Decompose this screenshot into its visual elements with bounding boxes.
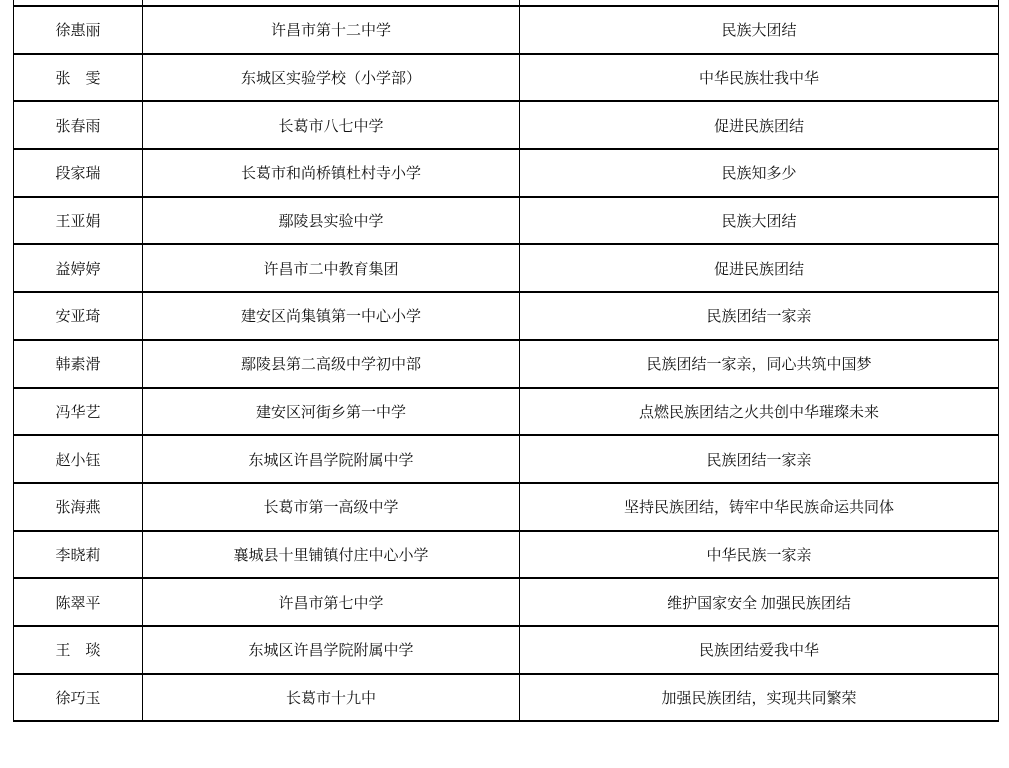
work-cell: 促进民族团结 <box>520 101 999 149</box>
table-row: 益婷婷 许昌市二中教育集团 促进民族团结 <box>14 244 999 292</box>
school-cell: 东城区实验学校（小学部） <box>143 54 520 102</box>
table-row: 徐惠丽 许昌市第十二中学 民族大团结 <box>14 6 999 54</box>
name-cell: 冯华艺 <box>14 388 143 436</box>
table-row: 王亚娟 鄢陵县实验中学 民族大团结 <box>14 197 999 245</box>
name-cell: 益婷婷 <box>14 244 143 292</box>
table-row: 赵小钰 东城区许昌学院附属中学 民族团结一家亲 <box>14 435 999 483</box>
school-cell: 东城区许昌学院附属中学 <box>143 435 520 483</box>
school-cell: 鄢陵县实验中学 <box>143 197 520 245</box>
table-row: 韩素滑 鄢陵县第二高级中学初中部 民族团结一家亲，同心共筑中国梦 <box>14 340 999 388</box>
school-cell: 鄢陵县第二高级中学初中部 <box>143 340 520 388</box>
work-cell: 中华民族壮我中华 <box>520 54 999 102</box>
name-cell: 王 琰 <box>14 626 143 674</box>
school-cell: 长葛市和尚桥镇杜村寺小学 <box>143 149 520 197</box>
table-row: 张春雨 长葛市八七中学 促进民族团结 <box>14 101 999 149</box>
table-row: 陈翠平 许昌市第七中学 维护国家安全 加强民族团结 <box>14 578 999 626</box>
name-cell: 徐惠丽 <box>14 6 143 54</box>
work-cell: 坚持民族团结，铸牢中华民族命运共同体 <box>520 483 999 531</box>
document-page: 徐惠丽 许昌市第十二中学 民族大团结 张 雯 东城区实验学校（小学部） 中华民族… <box>13 0 999 722</box>
work-cell: 民族知多少 <box>520 149 999 197</box>
award-table-body: 徐惠丽 许昌市第十二中学 民族大团结 张 雯 东城区实验学校（小学部） 中华民族… <box>14 0 999 721</box>
table-row: 张 雯 东城区实验学校（小学部） 中华民族壮我中华 <box>14 54 999 102</box>
work-cell: 中华民族一家亲 <box>520 531 999 579</box>
school-cell: 东城区许昌学院附属中学 <box>143 626 520 674</box>
table-row: 张海燕 长葛市第一高级中学 坚持民族团结，铸牢中华民族命运共同体 <box>14 483 999 531</box>
name-cell: 段家瑞 <box>14 149 143 197</box>
name-cell: 张 雯 <box>14 54 143 102</box>
work-cell: 点燃民族团结之火共创中华璀璨未来 <box>520 388 999 436</box>
school-cell: 长葛市第一高级中学 <box>143 483 520 531</box>
name-cell: 安亚琦 <box>14 292 143 340</box>
work-cell: 民族团结爱我中华 <box>520 626 999 674</box>
name-cell: 徐巧玉 <box>14 674 143 722</box>
table-row: 安亚琦 建安区尚集镇第一中心小学 民族团结一家亲 <box>14 292 999 340</box>
school-cell: 许昌市第七中学 <box>143 578 520 626</box>
work-cell: 民族团结一家亲 <box>520 292 999 340</box>
work-cell: 维护国家安全 加强民族团结 <box>520 578 999 626</box>
school-cell: 许昌市二中教育集团 <box>143 244 520 292</box>
work-cell: 加强民族团结，实现共同繁荣 <box>520 674 999 722</box>
school-cell: 许昌市第十二中学 <box>143 6 520 54</box>
name-cell: 王亚娟 <box>14 197 143 245</box>
table-row: 王 琰 东城区许昌学院附属中学 民族团结爱我中华 <box>14 626 999 674</box>
school-cell: 长葛市八七中学 <box>143 101 520 149</box>
school-cell: 建安区尚集镇第一中心小学 <box>143 292 520 340</box>
work-cell: 民族团结一家亲 <box>520 435 999 483</box>
table-row: 段家瑞 长葛市和尚桥镇杜村寺小学 民族知多少 <box>14 149 999 197</box>
award-table: 徐惠丽 许昌市第十二中学 民族大团结 张 雯 东城区实验学校（小学部） 中华民族… <box>13 0 999 722</box>
name-cell: 张海燕 <box>14 483 143 531</box>
school-cell: 长葛市十九中 <box>143 674 520 722</box>
name-cell: 陈翠平 <box>14 578 143 626</box>
name-cell: 李晓莉 <box>14 531 143 579</box>
work-cell: 民族大团结 <box>520 6 999 54</box>
table-row: 冯华艺 建安区河街乡第一中学 点燃民族团结之火共创中华璀璨未来 <box>14 388 999 436</box>
table-row: 李晓莉 襄城县十里铺镇付庄中心小学 中华民族一家亲 <box>14 531 999 579</box>
table-row: 徐巧玉 长葛市十九中 加强民族团结，实现共同繁荣 <box>14 674 999 722</box>
name-cell: 张春雨 <box>14 101 143 149</box>
school-cell: 建安区河街乡第一中学 <box>143 388 520 436</box>
school-cell: 襄城县十里铺镇付庄中心小学 <box>143 531 520 579</box>
work-cell: 民族大团结 <box>520 197 999 245</box>
work-cell: 促进民族团结 <box>520 244 999 292</box>
work-cell: 民族团结一家亲，同心共筑中国梦 <box>520 340 999 388</box>
name-cell: 韩素滑 <box>14 340 143 388</box>
name-cell: 赵小钰 <box>14 435 143 483</box>
